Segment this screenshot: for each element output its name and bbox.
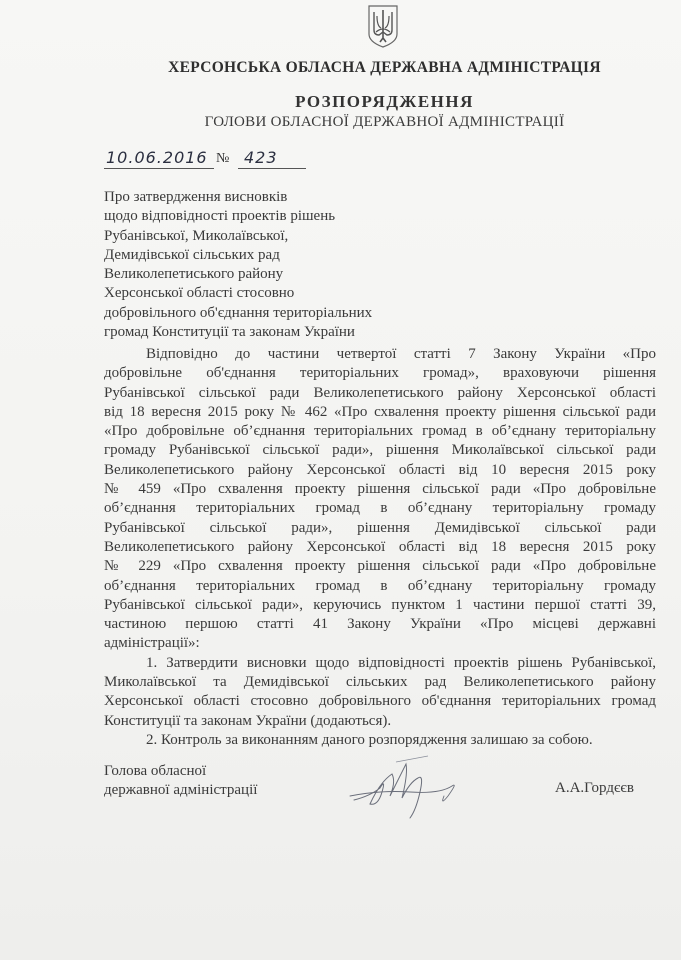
preamble-line: № 229 «Про схвалення проекту рішення сіл… <box>104 557 656 576</box>
document-number: 423 <box>238 148 306 169</box>
preamble-line: № 459 «Про схвалення проекту рішення сіл… <box>104 480 656 499</box>
preamble-line: Великолепетиського району Херсонської об… <box>104 538 656 557</box>
subject-line: громад Конституції та законам України <box>104 323 424 342</box>
item-1-line: Херсонської області стосовно добровільно… <box>104 692 656 711</box>
subject-line: Рубанівської, Миколаївської, <box>104 227 424 246</box>
preamble-line: «Про добровільне об’єднання територіальн… <box>104 422 656 441</box>
item-1-line: Миколаївської та Демидівської сільських … <box>104 673 656 692</box>
document-subtype-heading: ГОЛОВИ ОБЛАСНОЇ ДЕРЖАВНОЇ АДМІНІСТРАЦІЇ <box>0 114 681 131</box>
signatory-position: Голова обласної державної адміністрації <box>104 762 257 801</box>
document-date: 10.06.2016 <box>104 148 214 169</box>
subject-line: добровільного об'єднання територіальних <box>104 304 424 323</box>
document-type-heading: РОЗПОРЯДЖЕННЯ <box>0 92 681 112</box>
coat-of-arms-icon <box>366 4 400 48</box>
organization-title: ХЕРСОНСЬКА ОБЛАСНА ДЕРЖАВНА АДМІНІСТРАЦІ… <box>0 59 681 77</box>
position-line: Голова обласної <box>104 762 257 781</box>
document-subject: Про затвердження висновків щодо відповід… <box>104 188 424 342</box>
preamble-line: від 18 вересня 2015 року № 462 «Про схва… <box>104 403 656 422</box>
number-sign: № <box>216 148 229 170</box>
item-1-line: 1. Затвердити висновки щодо відповідност… <box>104 654 656 673</box>
preamble-line: частиною першою статті 41 Закону України… <box>104 615 656 634</box>
preamble-line: адміністрації»: <box>104 634 656 653</box>
handwritten-signature-icon <box>340 752 480 822</box>
subject-line: Великолепетиського району <box>104 265 424 284</box>
preamble-line: об’єднання територіальних громад в об’єд… <box>104 499 656 518</box>
subject-line: Демидівської сільських рад <box>104 246 424 265</box>
preamble-line: Рубанівської сільської ради», рішення Де… <box>104 519 656 538</box>
preamble-line: громаду Рубанівської сільської ради», рі… <box>104 441 656 460</box>
signatory-name: А.А.Гордєєв <box>555 780 634 797</box>
preamble-line: добровільне об'єднання територіальних гр… <box>104 364 656 383</box>
subject-line: Херсонської області стосовно <box>104 284 424 303</box>
preamble-line: Відповідно до частини четвертої статті 7… <box>104 345 656 364</box>
subject-line: Про затвердження висновків <box>104 188 424 207</box>
preamble-line: об’єднання територіальних громад в об’єд… <box>104 577 656 596</box>
preamble-line: Рубанівської сільської ради Великолепети… <box>104 384 656 403</box>
document-page: ХЕРСОНСЬКА ОБЛАСНА ДЕРЖАВНА АДМІНІСТРАЦІ… <box>0 0 681 960</box>
preamble-line: Великолепетиського району Херсонської об… <box>104 461 656 480</box>
document-body: Відповідно до частини четвертої статті 7… <box>104 345 656 750</box>
preamble-line: Рубанівської сільської ради», керуючись … <box>104 596 656 615</box>
item-1-line: Конституції та законам України (додаютьс… <box>104 712 656 731</box>
subject-line: щодо відповідності проектів рішень <box>104 207 424 226</box>
position-line: державної адміністрації <box>104 781 257 800</box>
item-2-line: 2. Контроль за виконанням даного розпоря… <box>104 731 656 750</box>
